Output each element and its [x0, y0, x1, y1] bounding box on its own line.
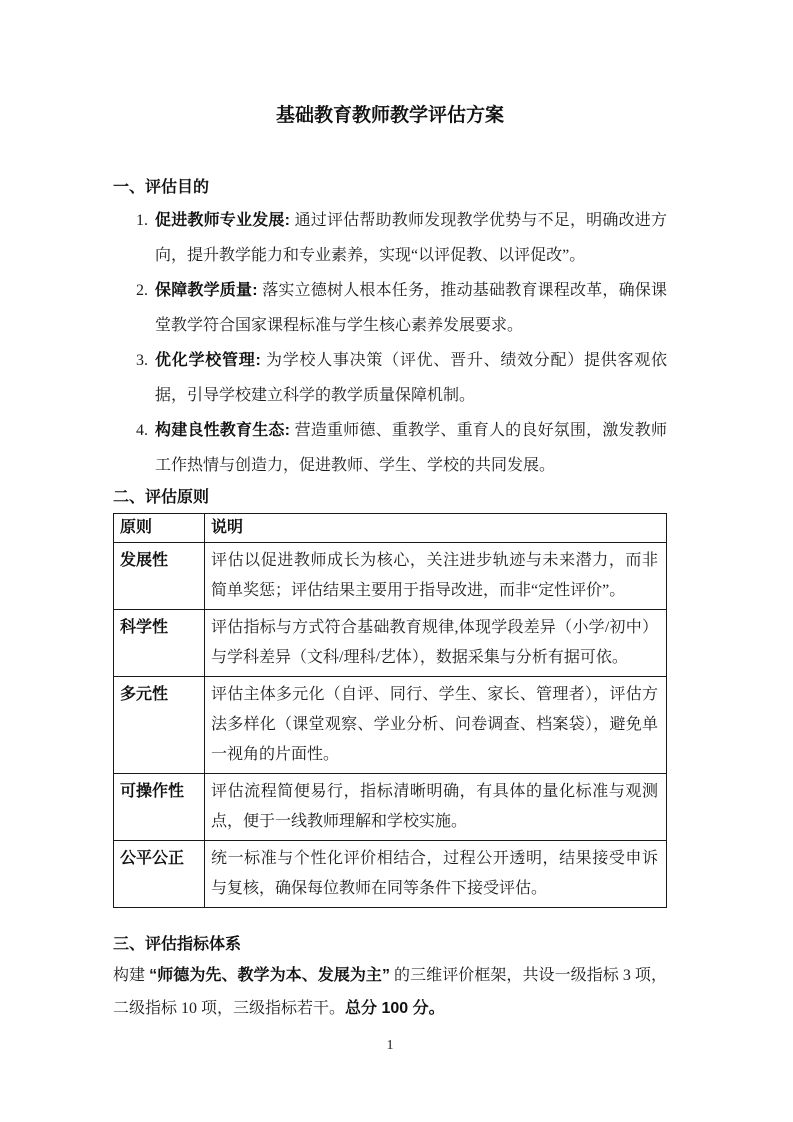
principle-cell: 发展性	[114, 543, 205, 610]
principle-cell: 可操作性	[114, 774, 205, 841]
principle-cell: 公平公正	[114, 841, 205, 908]
framework-paragraph: 构建 “师德为先、教学为本、发展为主” 的三维评价框架，共设一级指标 3 项，二…	[113, 959, 667, 1025]
list-item-number: 1.	[136, 203, 148, 238]
list-item: 4. 构建良性教育生态: 营造重师德、重教学、重育人的良好氛围，激发教师工作热情…	[113, 413, 667, 483]
list-item: 3. 优化学校管理: 为学校人事决策（评优、晋升、绩效分配）提供客观依据，引导学…	[113, 343, 667, 413]
principle-cell: 多元性	[114, 677, 205, 774]
list-item-number: 4.	[136, 413, 148, 448]
table-row: 公平公正 统一标准与个性化评价相结合，过程公开透明，结果接受申诉与复核，确保每位…	[114, 841, 667, 908]
description-cell: 评估指标与方式符合基础教育规律,体现学段差异（小学/初中）与学科差异（文科/理科…	[205, 610, 667, 677]
purpose-list: 1. 促进教师专业发展: 通过评估帮助教师发现教学优势与不足，明确改进方向，提升…	[113, 203, 667, 483]
list-item-lead: 优化学校管理:	[155, 352, 266, 369]
table-row: 多元性 评估主体多元化（自评、同行、学生、家长、管理者），评估方法多样化（课堂观…	[114, 677, 667, 774]
list-item-number: 2.	[136, 273, 148, 308]
table-header-description: 说明	[205, 514, 667, 543]
description-cell: 评估主体多元化（自评、同行、学生、家长、管理者），评估方法多样化（课堂观察、学业…	[205, 677, 667, 774]
list-item-lead: 保障教学质量:	[155, 282, 262, 299]
table-row: 科学性 评估指标与方式符合基础教育规律,体现学段差异（小学/初中）与学科差异（文…	[114, 610, 667, 677]
table-row: 发展性 评估以促进教师成长为核心，关注进步轨迹与未来潜力，而非简单奖惩；评估结果…	[114, 543, 667, 610]
principle-cell: 科学性	[114, 610, 205, 677]
list-item-number: 3.	[136, 343, 148, 378]
description-cell: 评估流程简便易行，指标清晰明确，有具体的量化标准与观测点，便于一线教师理解和学校…	[205, 774, 667, 841]
document-page: 基础教育教师教学评估方案 一、评估目的 1. 促进教师专业发展: 通过评估帮助教…	[0, 0, 793, 1122]
framework-total-score: 总分 100 分。	[345, 1000, 445, 1017]
page-number: 1	[113, 1037, 667, 1055]
table-header-row: 原则 说明	[114, 514, 667, 543]
section-heading-indicators: 三、评估指标体系	[113, 934, 667, 956]
list-item-lead: 构建良性教育生态:	[155, 422, 295, 439]
list-item: 1. 促进教师专业发展: 通过评估帮助教师发现教学优势与不足，明确改进方向，提升…	[113, 203, 667, 273]
description-cell: 评估以促进教师成长为核心，关注进步轨迹与未来潜力，而非简单奖惩；评估结果主要用于…	[205, 543, 667, 610]
list-item: 2. 保障教学质量: 落实立德树人根本任务，推动基础教育课程改革，确保课堂教学符…	[113, 273, 667, 343]
principles-table: 原则 说明 发展性 评估以促进教师成长为核心，关注进步轨迹与未来潜力，而非简单奖…	[113, 513, 667, 908]
framework-lead: 构建	[113, 967, 149, 984]
table-row: 可操作性 评估流程简便易行，指标清晰明确，有具体的量化标准与观测点，便于一线教师…	[114, 774, 667, 841]
description-cell: 统一标准与个性化评价相结合，过程公开透明，结果接受申诉与复核，确保每位教师在同等…	[205, 841, 667, 908]
document-title: 基础教育教师教学评估方案	[113, 103, 667, 128]
list-item-lead: 促进教师专业发展:	[155, 212, 295, 229]
section-heading-purpose: 一、评估目的	[113, 177, 667, 199]
framework-motto: “师德为先、教学为本、发展为主”	[149, 967, 390, 984]
section-heading-principles: 二、评估原则	[113, 487, 667, 509]
table-header-principle: 原则	[114, 514, 205, 543]
